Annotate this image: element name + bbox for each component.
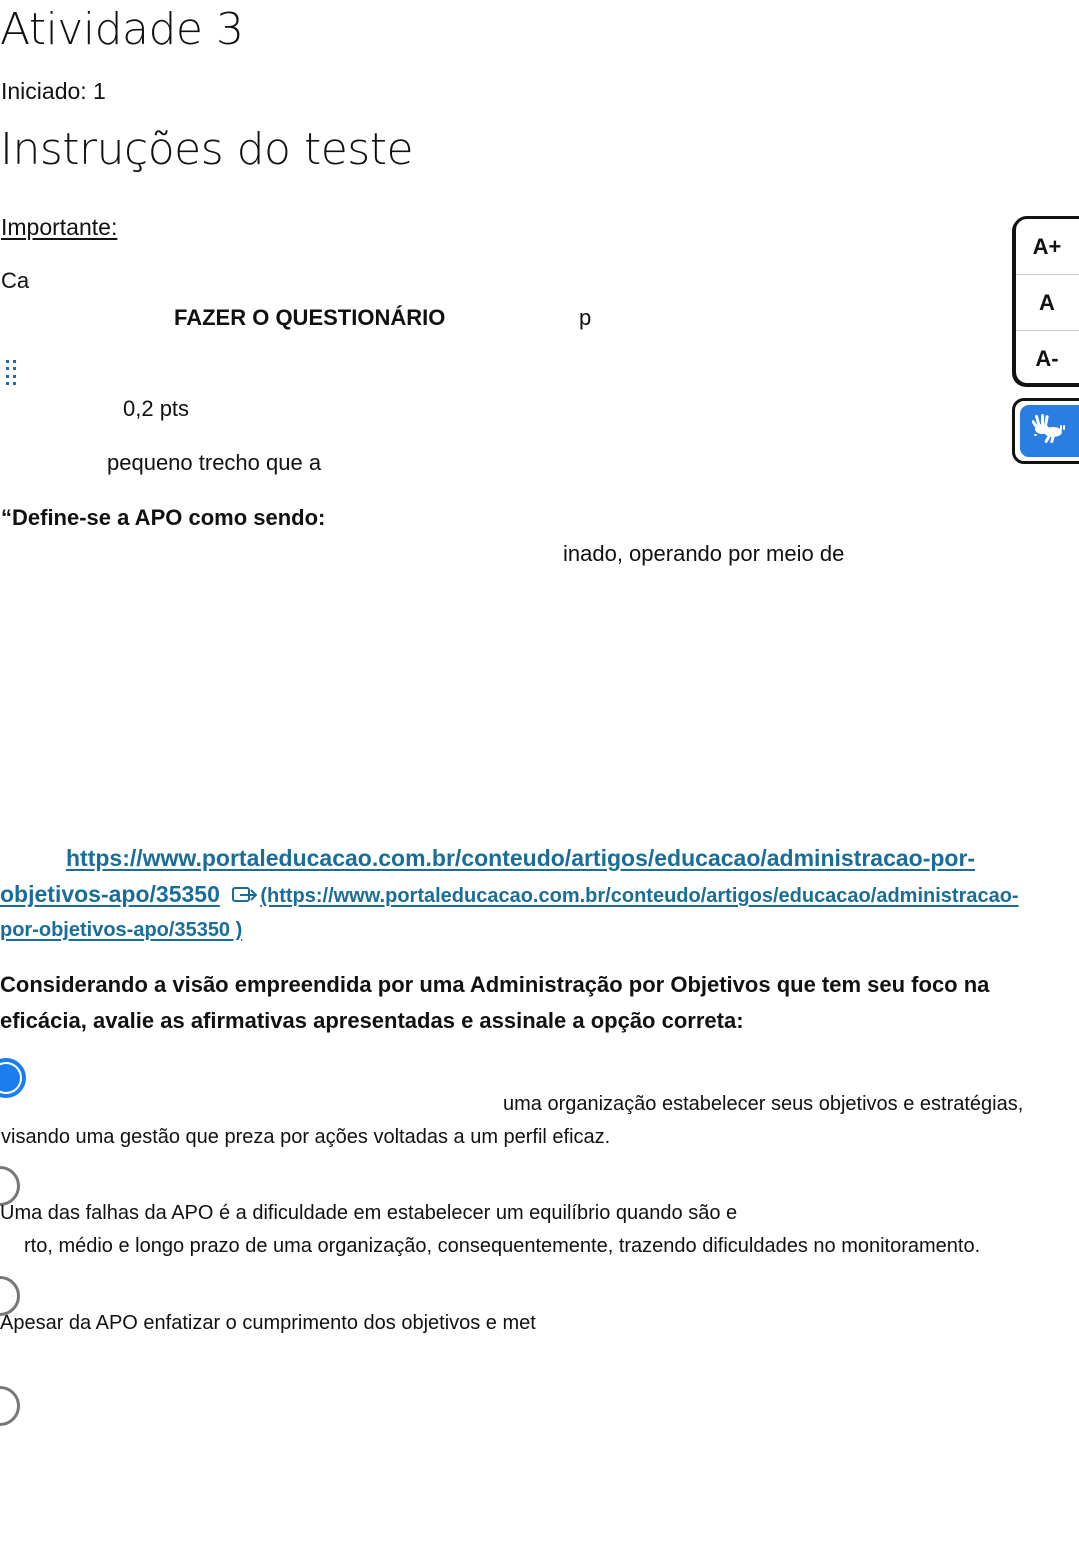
take-quiz-label: FAZER O QUESTIONÁRIO bbox=[174, 305, 445, 331]
source-link-row: objetivos-apo/35350 (https://www.portale… bbox=[0, 881, 1019, 909]
libras-button[interactable] bbox=[1012, 398, 1079, 464]
instructions-heading: Instruções do teste bbox=[0, 124, 413, 175]
started-status: Iniciado: 1 bbox=[1, 78, 106, 105]
option-3-radio[interactable] bbox=[0, 1276, 20, 1316]
drag-handle-icon[interactable] bbox=[6, 360, 18, 386]
source-link-alt-line1[interactable]: (https://www.portaleducacao.com.br/conte… bbox=[260, 885, 1018, 907]
option-1-radio[interactable] bbox=[0, 1058, 26, 1098]
font-decrease-button[interactable]: A- bbox=[1016, 330, 1079, 386]
option-4-radio[interactable] bbox=[0, 1386, 20, 1426]
instructions-fragment-p: p bbox=[579, 305, 591, 331]
source-link-line2[interactable]: objetivos-apo/35350 bbox=[0, 881, 220, 907]
question-prompt-line1: Considerando a visão empreendida por uma… bbox=[0, 972, 989, 998]
quote-lead: “Define-se a APO como sendo: bbox=[1, 505, 325, 531]
font-increase-button[interactable]: A+ bbox=[1016, 219, 1079, 274]
font-size-panel: A+ A A- bbox=[1013, 216, 1079, 386]
option-2-line2: rto, médio e longo prazo de uma organiza… bbox=[24, 1235, 980, 1258]
external-link-icon[interactable] bbox=[232, 886, 258, 909]
option-2-line1: Uma das falhas da APO é a dificuldade em… bbox=[0, 1202, 737, 1225]
question-prompt-line2: eficácia, avalie as afirmativas apresent… bbox=[0, 1008, 744, 1034]
page-title: Atividade 3 bbox=[0, 4, 243, 55]
important-label: Importante: bbox=[1, 214, 117, 241]
sign-language-icon bbox=[1032, 414, 1066, 449]
instructions-fragment: Ca bbox=[1, 268, 29, 294]
option-1-line1: uma organização estabelecer seus objetiv… bbox=[503, 1093, 1023, 1116]
source-link-alt-line2[interactable]: por-objetivos-apo/35350 ) bbox=[0, 919, 242, 942]
option-1-line2: visando uma gestão que preza por ações v… bbox=[1, 1126, 610, 1149]
source-link-line1[interactable]: https://www.portaleducacao.com.br/conteu… bbox=[66, 845, 975, 872]
option-2-radio[interactable] bbox=[0, 1166, 20, 1206]
font-default-button[interactable]: A bbox=[1016, 274, 1079, 330]
quote-fragment: inado, operando por meio de bbox=[563, 541, 844, 567]
question-intro: pequeno trecho que a bbox=[107, 450, 321, 476]
question-points: 0,2 pts bbox=[123, 396, 189, 422]
option-3-line1: Apesar da APO enfatizar o cumprimento do… bbox=[0, 1312, 536, 1335]
